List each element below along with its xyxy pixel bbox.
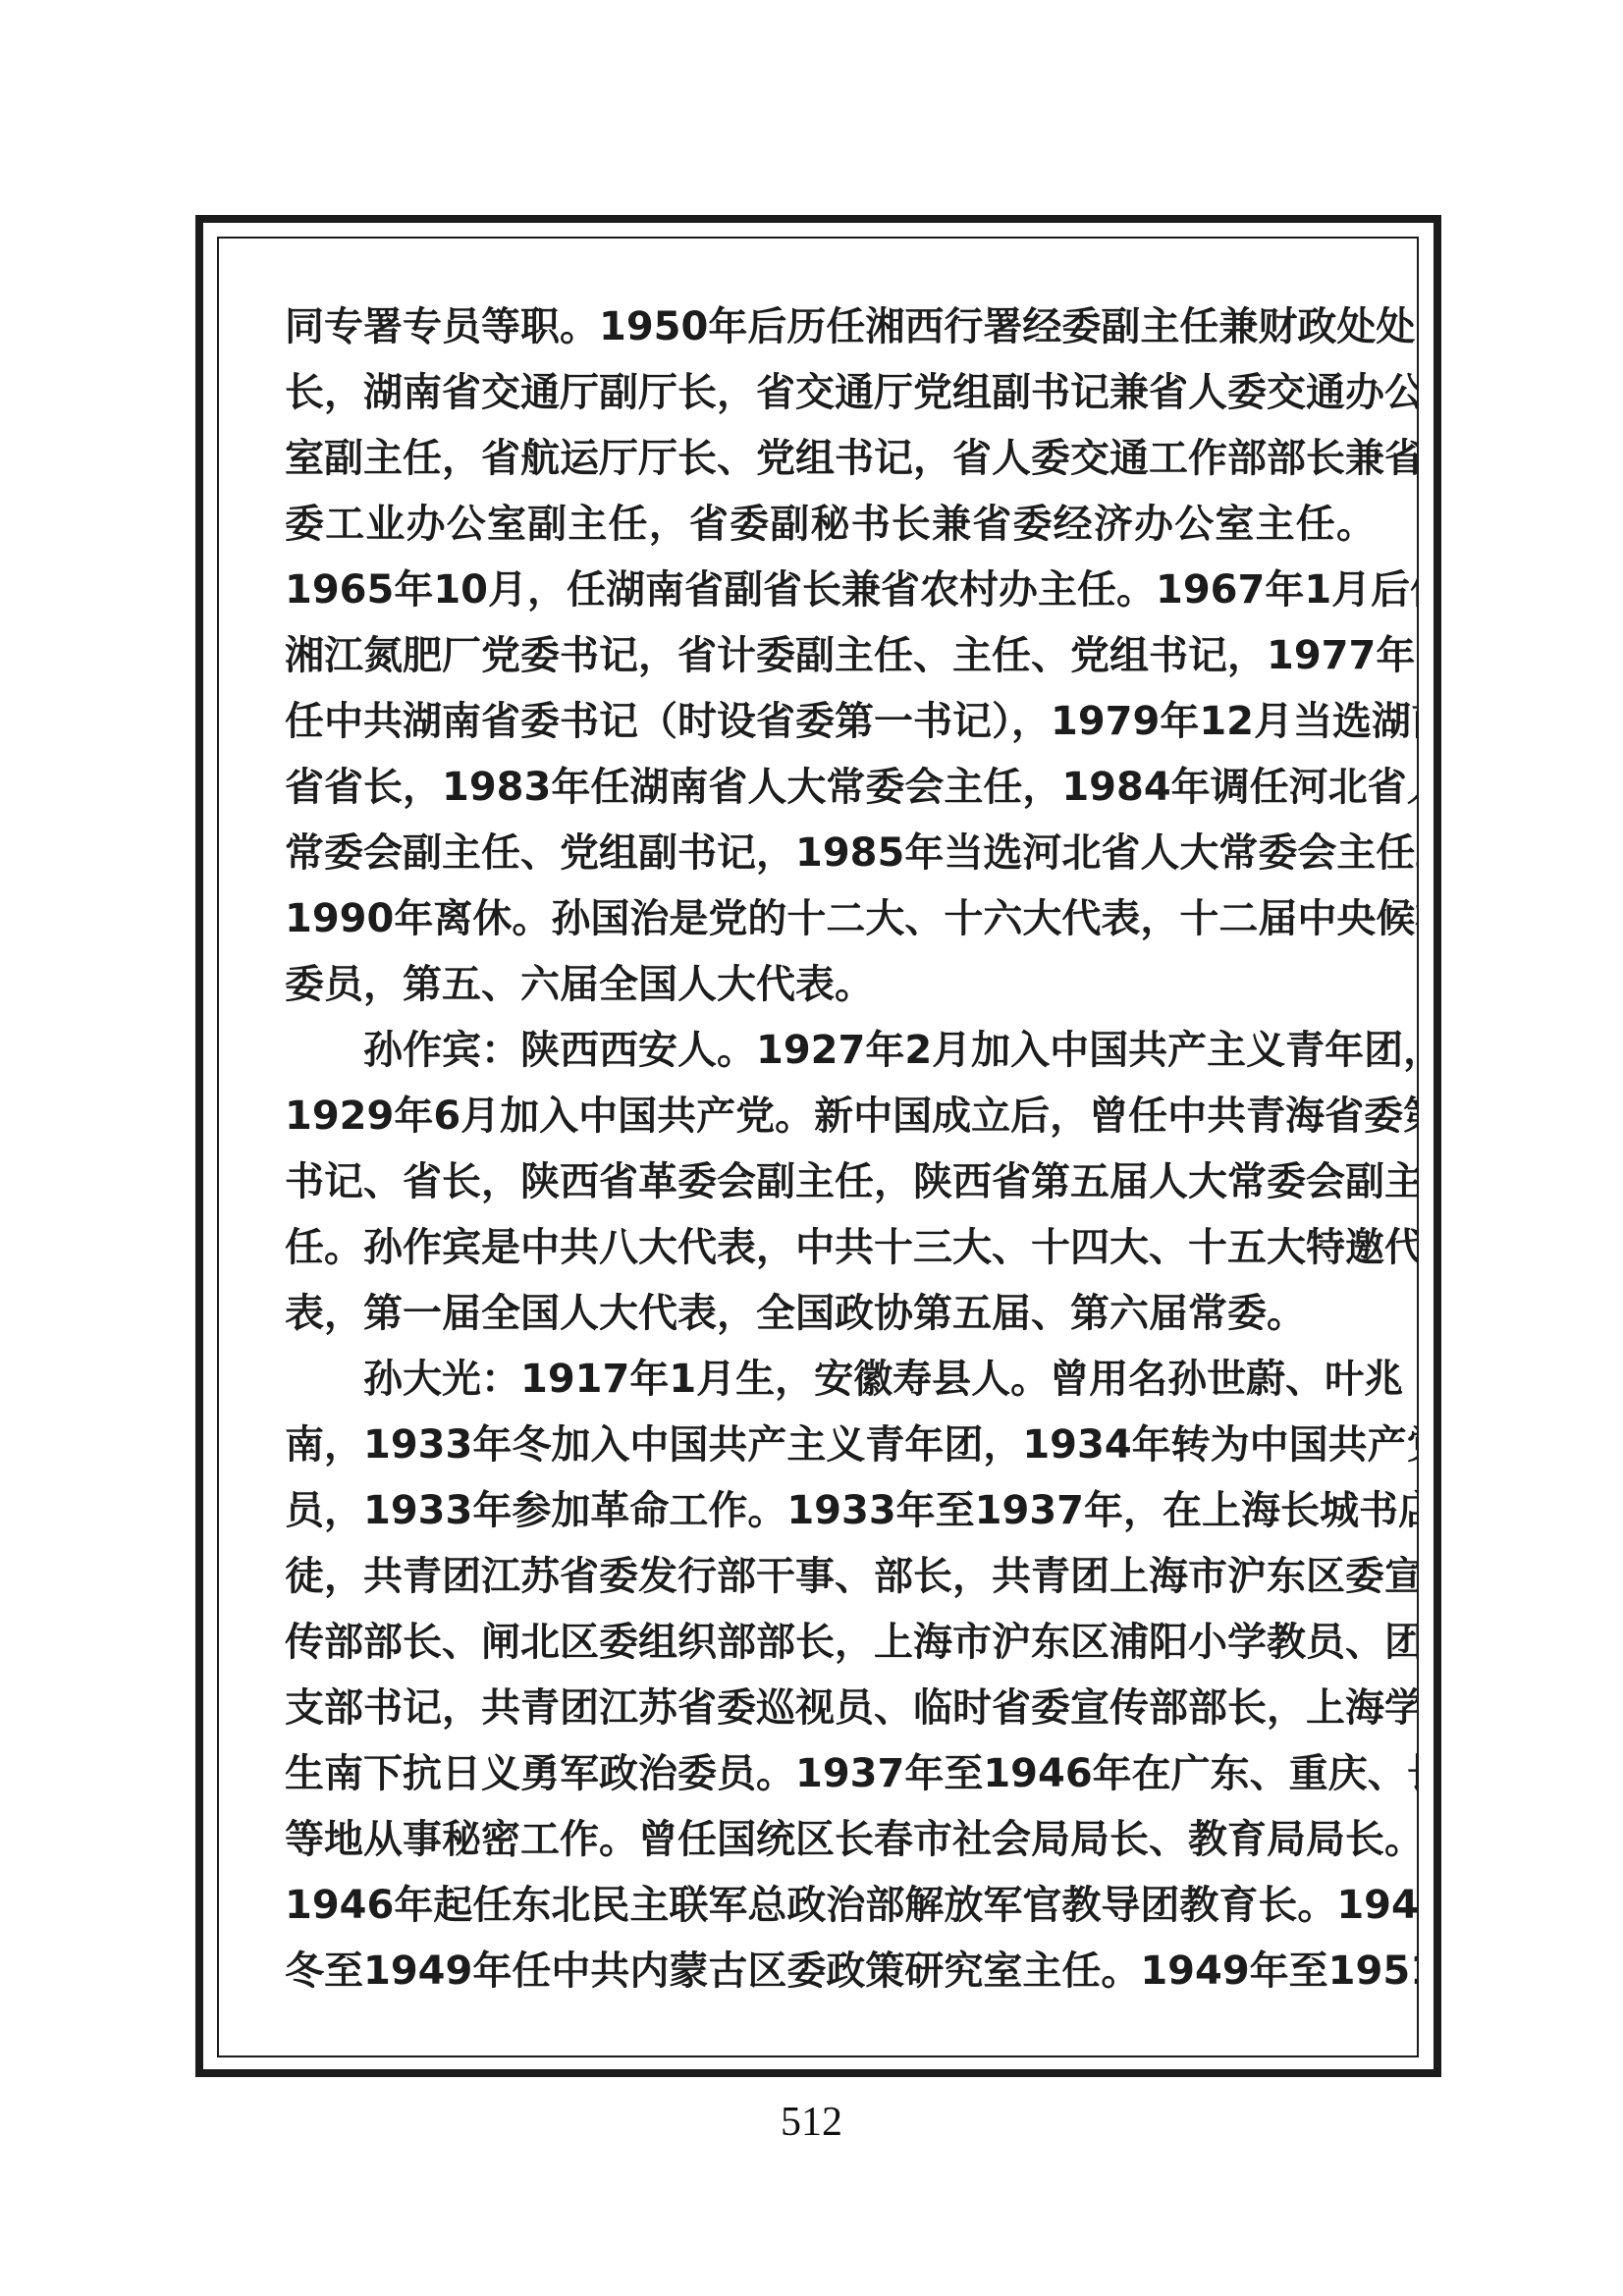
text-line: 徒，共青团江苏省委发行部干事、部长，共青团上海市沪东区委宣	[285, 1544, 1376, 1610]
text-line: 1990年离休。孙国治是党的十二大、十六大代表，十二届中央候补	[285, 886, 1376, 952]
text-line: 委员，第五、六届全国人大代表。	[285, 952, 1376, 1018]
text-line: 孙大光：1917年1月生，安徽寿县人。曾用名孙世蔚、叶兆	[285, 1347, 1376, 1413]
text-line: 1929年6月加入中国共产党。新中国成立后，曾任中共青海省委第二	[285, 1084, 1376, 1149]
text-line: 委工业办公室副主任，省委副秘书长兼省委经济办公室主任。	[285, 492, 1376, 558]
text-line: 省省长，1983年任湖南省人大常委会主任，1984年调任河北省人大	[285, 755, 1376, 821]
body-text: 同专署专员等职。1950年后历任湘西行署经委副主任兼财政处处 长，湖南省交通厅副…	[285, 294, 1376, 2004]
text-line: 同专署专员等职。1950年后历任湘西行署经委副主任兼财政处处	[285, 294, 1376, 360]
book-page: { "colors": { "ink": "#1c1c1c", "paper":…	[0, 0, 1623, 2296]
text-line: 长，湖南省交通厅副厅长，省交通厅党组副书记兼省人委交通办公	[285, 360, 1376, 426]
text-line: 冬至1949年任中共内蒙古区委政策研究室主任。1949年至1951年任	[285, 1939, 1376, 2004]
text-line: 室副主任，省航运厅厅长、党组书记，省人委交通工作部部长兼省	[285, 426, 1376, 492]
page-number: 512	[0, 2099, 1623, 2146]
text-line: 生南下抗日义勇军政治委员。1937年至1946年在广东、重庆、长春	[285, 1741, 1376, 1807]
text-line: 任中共湖南省委书记（时设省委第一书记），1979年12月当选湖南	[285, 689, 1376, 755]
page-frame-outer: 同专署专员等职。1950年后历任湘西行署经委副主任兼财政处处 长，湖南省交通厅副…	[195, 215, 1441, 2077]
text-line: 孙作宾：陕西西安人。1927年2月加入中国共产主义青年团，	[285, 1018, 1376, 1084]
text-line: 南，1933年冬加入中国共产主义青年团，1934年转为中国共产党党	[285, 1413, 1376, 1478]
text-line: 任。孙作宾是中共八大代表，中共十三大、十四大、十五大特邀代	[285, 1215, 1376, 1281]
text-line: 书记、省长，陕西省革委会副主任，陕西省第五届人大常委会副主	[285, 1149, 1376, 1215]
text-line: 1946年起任东北民主联军总政治部解放军官教导团教育长。1947年	[285, 1873, 1376, 1939]
text-line: 等地从事秘密工作。曾任国统区长春市社会局局长、教育局局长。	[285, 1807, 1376, 1873]
text-line: 常委会副主任、党组副书记，1985年当选河北省人大常委会主任。	[285, 821, 1376, 886]
text-line: 表，第一届全国人大代表，全国政协第五届、第六届常委。	[285, 1281, 1376, 1347]
text-line: 湘江氮肥厂党委书记，省计委副主任、主任、党组书记，1977年5月	[285, 623, 1376, 689]
text-line: 传部部长、闸北区委组织部部长，上海市沪东区浦阳小学教员、团	[285, 1610, 1376, 1676]
text-line: 支部书记，共青团江苏省委巡视员、临时省委宣传部部长，上海学	[285, 1676, 1376, 1741]
text-line: 1965年10月，任湖南省副省长兼省农村办主任。1967年1月后任株洲	[285, 558, 1376, 623]
page-frame-inner: 同专署专员等职。1950年后历任湘西行署经委副主任兼财政处处 长，湖南省交通厅副…	[217, 237, 1419, 2057]
text-line: 员，1933年参加革命工作。1933年至1937年，在上海长城书店学	[285, 1478, 1376, 1544]
